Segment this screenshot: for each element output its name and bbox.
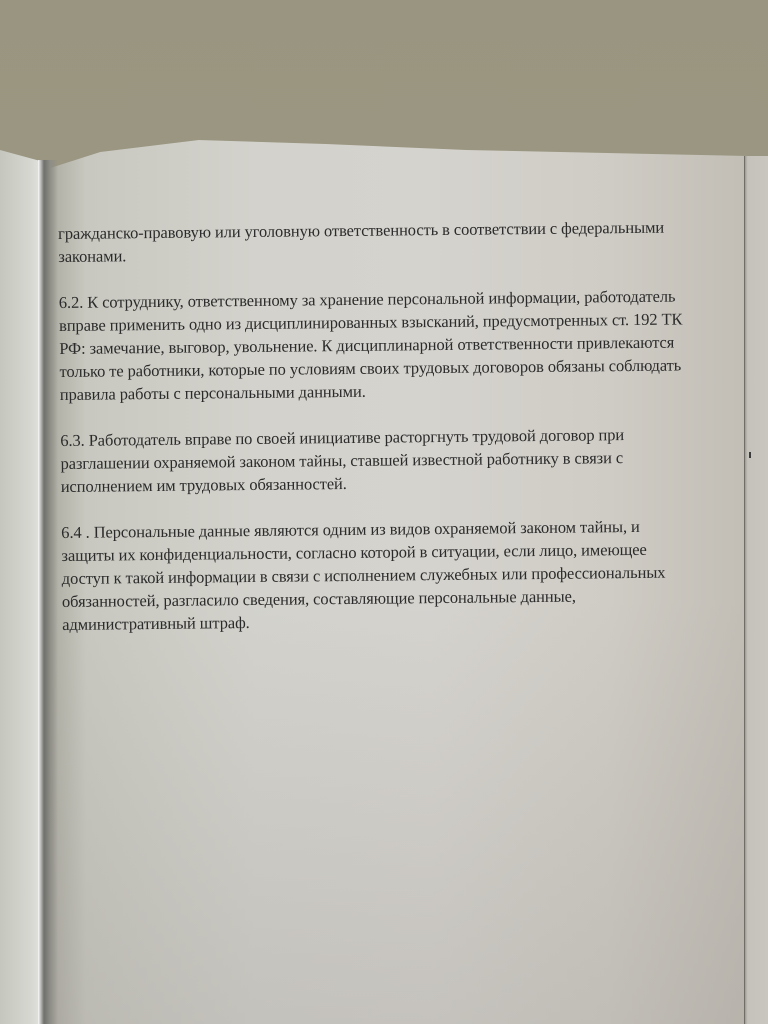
page-shadow	[44, 600, 748, 1024]
paragraph-6-2: 6.2. К сотруднику, ответственному за хра…	[59, 284, 730, 406]
page-text: гражданско-правовую или уголовную ответс…	[58, 215, 733, 659]
paragraph-6-4: 6.4 . Персональные данные являются одним…	[61, 514, 732, 636]
paragraph-6-3: 6.3. Работодатель вправе по своей инициа…	[60, 422, 731, 498]
book-gutter	[38, 160, 58, 1024]
page-fold-line	[744, 156, 745, 1024]
next-page-edge	[744, 156, 768, 1024]
paragraph-continuation: гражданско-правовую или уголовную ответс…	[58, 215, 728, 268]
page-mark	[749, 452, 751, 458]
